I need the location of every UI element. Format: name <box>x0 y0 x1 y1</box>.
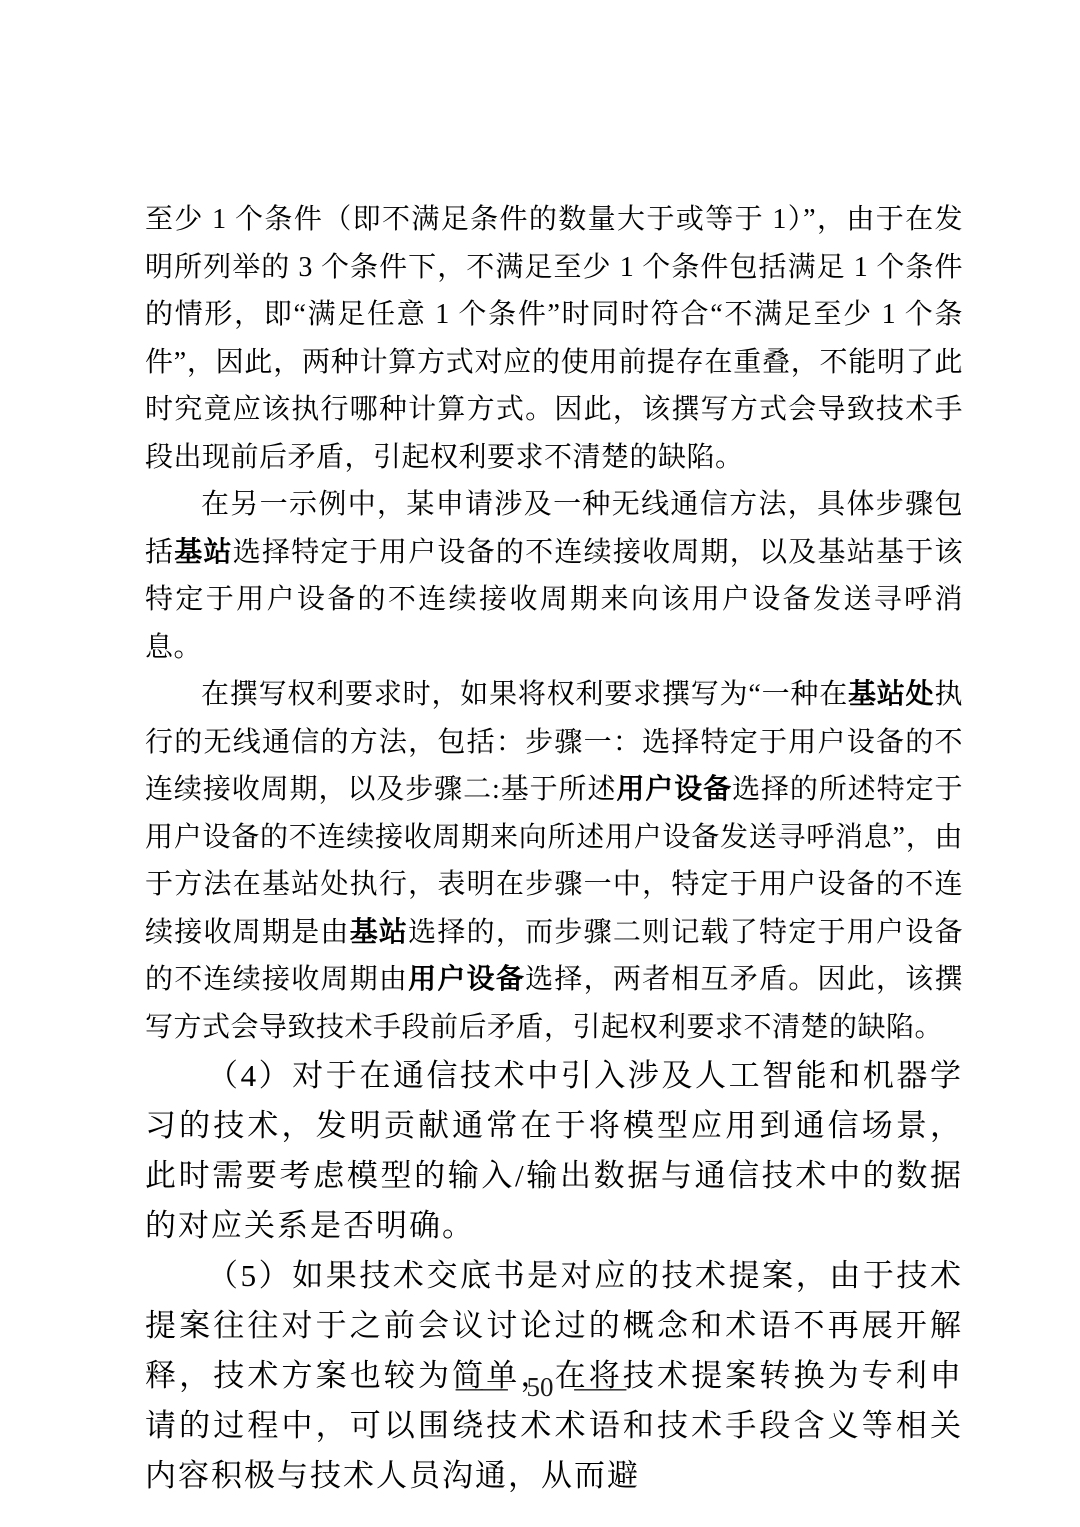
text-run: 在撰写权利要求时，如果将权利要求撰写为“一种在 <box>201 679 848 710</box>
paragraph: 在另一示例中，某申请涉及一种无线通信方法，具体步骤包括基站选择特定于用户设备的不… <box>145 481 963 671</box>
text-run: 至少 1 个条件（即不满足条件的数量大于或等于 1）”，由于在发明所列举的 3 … <box>145 204 963 473</box>
footer-dash-right: —— <box>574 1372 624 1403</box>
footer-dash-left: —— <box>456 1372 506 1403</box>
text-run: （4）对于在通信技术中引入涉及人工智能和机器学习的技术，发明贡献通常在于将模型应… <box>145 1058 963 1243</box>
bold-text-run: 基站处 <box>848 679 934 710</box>
document-page: 至少 1 个条件（即不满足条件的数量大于或等于 1）”，由于在发明所列举的 3 … <box>0 0 1080 1527</box>
bold-text-run: 用户设备 <box>616 774 732 805</box>
paragraph: （4）对于在通信技术中引入涉及人工智能和机器学习的技术，发明贡献通常在于将模型应… <box>145 1051 963 1251</box>
paragraph: 在撰写权利要求时，如果将权利要求撰写为“一种在基站处执行的无线通信的方法，包括：… <box>145 671 963 1051</box>
page-footer: —— 50 —— <box>0 1372 1080 1403</box>
bold-text-run: 基站 <box>350 917 408 948</box>
document-body: 至少 1 个条件（即不满足条件的数量大于或等于 1）”，由于在发明所列举的 3 … <box>145 196 963 1501</box>
text-run: 选择特定于用户设备的不连续接收周期，以及基站基于该特定于用户设备的不连续接收周期… <box>145 537 963 663</box>
page-number: 50 <box>527 1372 554 1403</box>
paragraph: 至少 1 个条件（即不满足条件的数量大于或等于 1）”，由于在发明所列举的 3 … <box>145 196 963 481</box>
bold-text-run: 用户设备 <box>408 964 525 995</box>
bold-text-run: 基站 <box>174 537 232 568</box>
